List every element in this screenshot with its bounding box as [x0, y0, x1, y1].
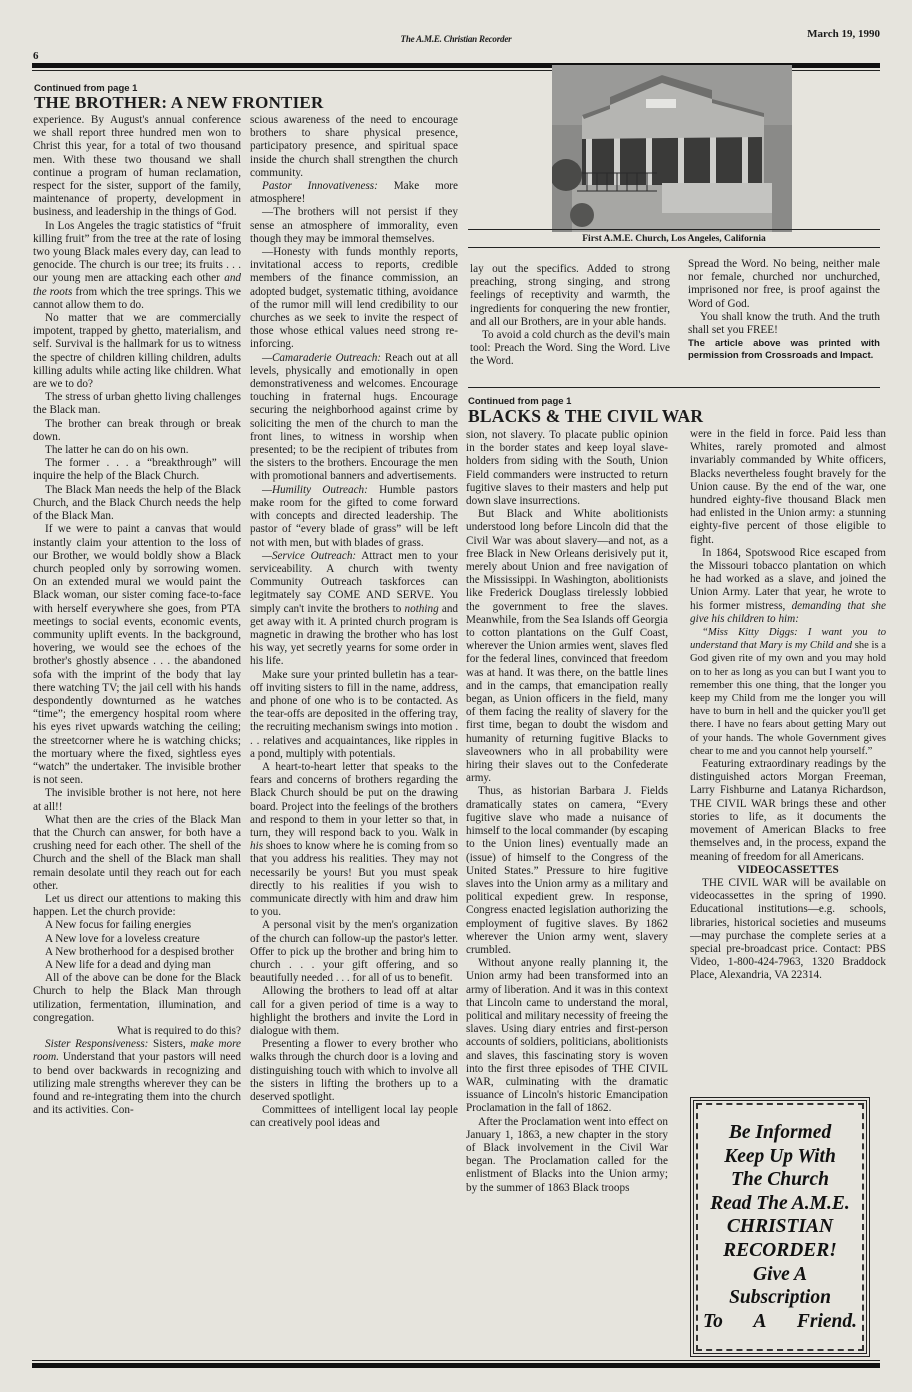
ad-line: The Church	[694, 1168, 866, 1192]
paragraph: were in the field in force. Paid less th…	[690, 428, 886, 547]
paragraph: Without anyone really planning it, the U…	[466, 957, 668, 1115]
church-photo	[552, 65, 792, 232]
list-item: A New focus for failing energies	[33, 919, 241, 932]
paragraph: Make sure your printed bulletin has a te…	[250, 669, 458, 761]
paragraph: All of the above can be done for the Bla…	[33, 972, 241, 1025]
list-item: A New brotherhood for a despised brother	[33, 946, 241, 959]
list-item: A New love for a loveless creature	[33, 933, 241, 946]
footer-rule	[32, 1363, 880, 1368]
paragraph: A personal visit by the men's organizati…	[250, 919, 458, 985]
article-brother-column-1: experience. By August's annual conferenc…	[33, 114, 241, 1117]
paragraph: But Black and White abolitionists unders…	[466, 508, 668, 785]
ad-line: RECORDER!	[694, 1239, 866, 1263]
paragraph: —Service Outreach: Attract men to your s…	[250, 550, 458, 669]
paragraph: The stress of urban ghetto living challe…	[33, 391, 241, 417]
paragraph: What then are the cries of the Black Man…	[33, 814, 241, 893]
paragraph: The brother can break through or break d…	[33, 418, 241, 444]
paragraph: The invisible brother is not here, not h…	[33, 787, 241, 813]
paragraph: lay out the specifics. Added to strong p…	[470, 263, 670, 329]
article-brother-column-3: lay out the specifics. Added to strong p…	[470, 263, 670, 369]
article-brother-column-4: Spread the Word. No being, neither male …	[688, 258, 880, 362]
paragraph: scious awareness of the need to encourag…	[250, 114, 458, 180]
paragraph: In Los Angeles the tragic statistics of …	[33, 220, 241, 312]
page-number: 6	[33, 50, 39, 62]
ad-line: Read The A.M.E.	[694, 1192, 866, 1216]
paragraph: The Black Man needs the help of the Blac…	[33, 484, 241, 524]
ad-line: Subscription	[694, 1286, 866, 1310]
paragraph: THE CIVIL WAR will be available on video…	[690, 877, 886, 983]
paragraph: —Honesty with funds monthly reports, inv…	[250, 246, 458, 352]
paragraph: —Humility Outreach: Humble pastors make …	[250, 484, 458, 550]
paragraph: A heart-to-heart letter that speaks to t…	[250, 761, 458, 919]
paragraph: Allowing the brothers to lead off at alt…	[250, 985, 458, 1038]
paragraph: To avoid a cold church as the devil's ma…	[470, 329, 670, 369]
subscription-ad: Be Informed Keep Up With The Church Read…	[690, 1097, 870, 1357]
ad-line: ToAFriend.	[694, 1310, 866, 1334]
footer-rule-thin	[32, 1360, 880, 1361]
paragraph: Pastor Innovativeness: Make more atmosph…	[250, 180, 458, 206]
paragraph: The former . . . a “breakthrough” will i…	[33, 457, 241, 483]
reprint-credit: The article above was printed with permi…	[688, 338, 880, 362]
paragraph: Presenting a flower to every brother who…	[250, 1038, 458, 1104]
church-building-icon	[552, 65, 792, 232]
ad-line: Keep Up With	[694, 1145, 866, 1169]
paragraph: The latter he can do on his own.	[33, 444, 241, 457]
subheading-videocassettes: VIDEOCASSETTES	[690, 864, 886, 877]
list-item: A New life for a dead and dying man	[33, 959, 241, 972]
paragraph: Let us direct our attentions to making t…	[33, 893, 241, 919]
issue-date: March 19, 1990	[807, 28, 880, 40]
photo-caption: First A.M.E. Church, Los Angeles, Califo…	[468, 229, 880, 248]
paragraph: sion, not slavery. To placate public opi…	[466, 429, 668, 508]
section-divider	[468, 387, 880, 388]
paragraph: If we were to paint a canvas that would …	[33, 523, 241, 787]
paragraph: In 1864, Spotswood Rice escaped from the…	[690, 547, 886, 626]
ad-line: Be Informed	[694, 1121, 866, 1145]
newspaper-page: The A.M.E. Christian Recorder March 19, …	[0, 0, 912, 1392]
headline-brother: THE BROTHER: A NEW FRONTIER	[34, 93, 323, 113]
publication-name: The A.M.E. Christian Recorder	[0, 34, 912, 44]
paragraph: —The brothers will not persist if they s…	[250, 206, 458, 246]
article-civil-war-column-1: sion, not slavery. To placate public opi…	[466, 429, 668, 1195]
paragraph: Thus, as historian Barbara J. Fields dra…	[466, 785, 668, 957]
paragraph: experience. By August's annual conferenc…	[33, 114, 241, 220]
paragraph: You shall know the truth. And the truth …	[688, 311, 880, 337]
headline-civil-war: BLACKS & THE CIVIL WAR	[468, 406, 703, 427]
paragraph: What is required to do this?	[33, 1025, 241, 1038]
article-civil-war-column-2: were in the field in force. Paid less th…	[690, 428, 886, 983]
paragraph: After the Proclamation went into effect …	[466, 1116, 668, 1195]
ad-line: CHRISTIAN	[694, 1215, 866, 1239]
quoted-letter: “Miss Kitty Diggs: I want you to underst…	[690, 626, 886, 758]
paragraph: Committees of intelligent local lay peop…	[250, 1104, 458, 1130]
paragraph: Featuring extraordinary readings by the …	[690, 758, 886, 864]
article-brother-column-2: scious awareness of the need to encourag…	[250, 114, 458, 1131]
paragraph: No matter that we are commercially impot…	[33, 312, 241, 391]
paragraph: Spread the Word. No being, neither male …	[688, 258, 880, 311]
paragraph: Sister Responsiveness: Sisters, make mor…	[33, 1038, 241, 1117]
paragraph: —Camaraderie Outreach: Reach out at all …	[250, 352, 458, 484]
ad-line: Give A	[694, 1263, 866, 1287]
